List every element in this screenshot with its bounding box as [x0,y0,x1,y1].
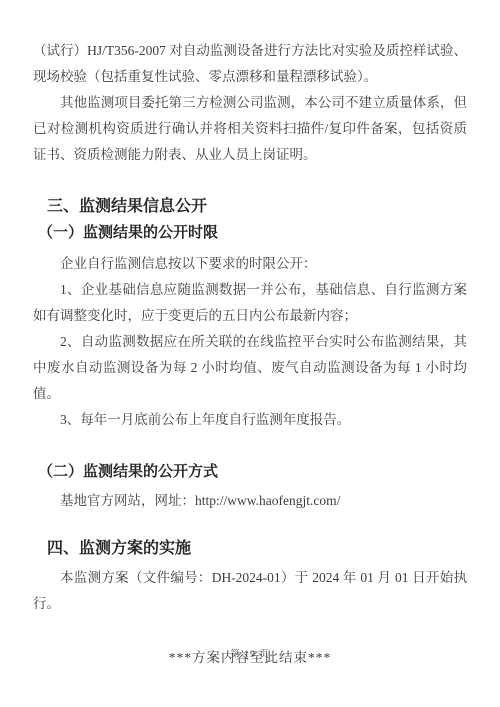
page-number-footer: 第 19 页 [0,649,500,661]
heading-sub-1-disclosure-time-limit: （一）监测结果的公开时限 [33,220,467,246]
paragraph-disclosure-intro: 企业自行监测信息按以下要求的时限公开： [33,251,467,277]
document-content: （试行）HJ/T356-2007 对自动监测设备进行方法比对实验及质控样试验、现… [0,38,500,671]
paragraph-item-2-auto-monitoring: 2、自动监测数据应在所关联的在线监控平台实时公布监测结果，其中废水自动监测设备为… [33,329,467,407]
heading-section-3-monitoring-results-disclosure: 三、监测结果信息公开 [33,194,467,220]
document-page: （试行）HJ/T356-2007 对自动监测设备进行方法比对实验及质控样试验、现… [0,0,500,707]
paragraph-official-website: 基地官方网站，网址：http://www.haofengjt.com/ [33,488,467,514]
paragraph-implementation-date: 本监测方案（文件编号：DH-2024-01）于 2024 年 01 月 01 日… [33,565,467,617]
heading-section-4-plan-implementation: 四、监测方案的实施 [33,536,467,562]
paragraph-qc-continuation: （试行）HJ/T356-2007 对自动监测设备进行方法比对实验及质控样试验、现… [33,38,467,90]
website-url: http://www.haofengjt.com/ [195,493,340,508]
paragraph-third-party-testing: 其他监测项目委托第三方检测公司监测，本公司不建立质量体系，但已对检测机构资质进行… [33,90,467,168]
heading-sub-2-disclosure-method: （二）监测结果的公开方式 [33,459,467,485]
paragraph-item-3-annual-report: 3、每年一月底前公布上年度自行监测年度报告。 [33,407,467,433]
website-label: 基地官方网站，网址： [60,493,195,508]
paragraph-item-1-basic-info: 1、企业基础信息应随监测数据一并公布，基础信息、自行监测方案如有调整变化时，应于… [33,277,467,329]
